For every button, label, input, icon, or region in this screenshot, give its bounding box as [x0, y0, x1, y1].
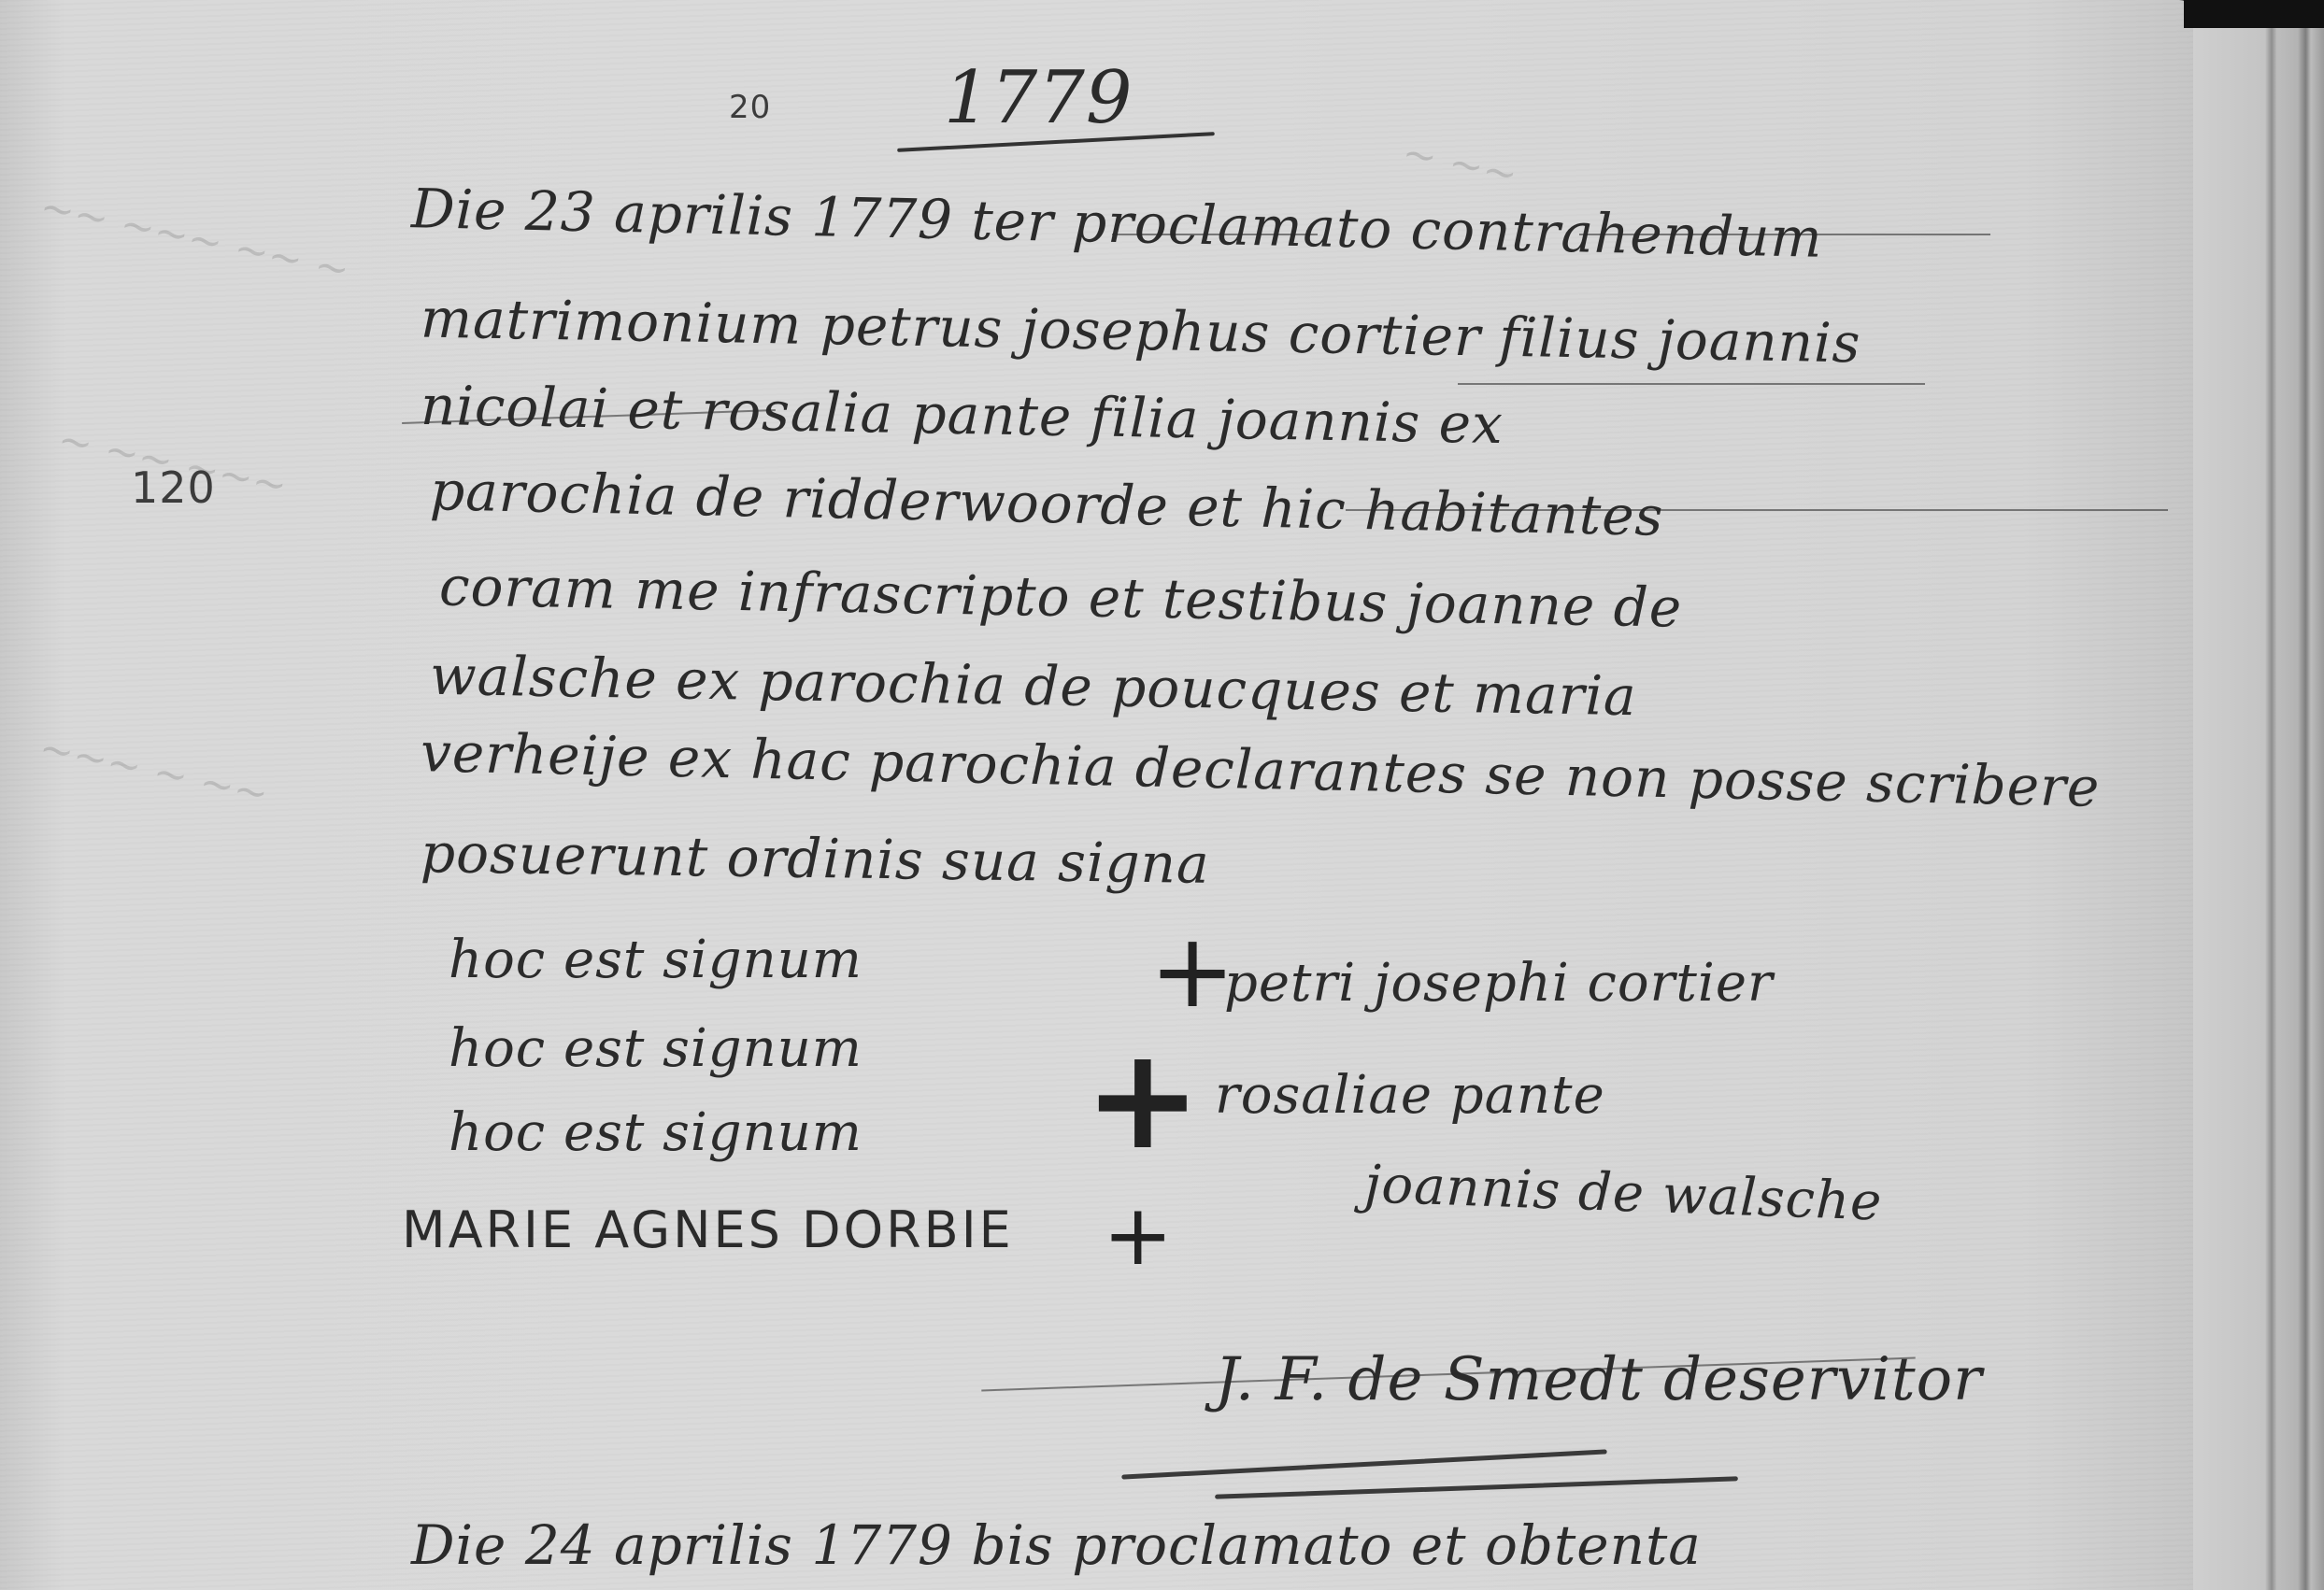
entry-line-5: coram me infrascripto et testibus joanne… — [439, 554, 1683, 639]
pen-stroke — [1346, 509, 2168, 511]
bleed-through-text: ~~~ ~ ~~ — [35, 724, 272, 819]
entry-line-3: nicolai et rosalia pante filia joannis e… — [420, 374, 1504, 456]
folio-number: 20 — [729, 89, 771, 126]
signature-name-3: joannis de walsche — [1363, 1154, 1883, 1232]
page-stack-edge — [2193, 28, 2324, 1590]
entry-line-6: walsche ex parochia de poucques et maria — [430, 644, 1638, 729]
signature-flourish — [1121, 1449, 1607, 1479]
pen-stroke — [1579, 234, 1990, 235]
signature-label-1: hoc est signum — [449, 930, 863, 990]
book-cover-edge — [2184, 0, 2324, 28]
officiant-signature: J. F. de Smedt deservitor — [1215, 1345, 1983, 1414]
next-entry-line: Die 24 aprilis 1779 bis proclamato et ob… — [411, 1513, 1702, 1577]
cross-mark-icon: + — [1103, 1186, 1173, 1285]
signature-name-2: rosaliae pante — [1215, 1065, 1605, 1126]
cross-mark-icon: + — [1084, 1018, 1202, 1181]
entry-line-2: matrimonium petrus josephus cortier fili… — [421, 287, 1861, 376]
scanned-register: ~~ ~~~ ~~ ~ ~ ~~ ~~~ ~~~ ~ ~~ ~ ~~ 20 17… — [0, 0, 2324, 1590]
margin-number: 120 — [131, 462, 216, 513]
signature-name-1: petri josephi cortier — [1224, 953, 1774, 1014]
entry-line-1: Die 23 aprilis 1779 ter proclamato contr… — [410, 177, 1823, 270]
block-signature: MARIE AGNES DORBIE — [402, 1200, 1014, 1259]
cross-mark-icon: + — [1149, 911, 1235, 1030]
bleed-through-text: ~~ ~~~ ~~ ~ — [36, 183, 353, 295]
pen-stroke — [1112, 234, 1318, 235]
year-heading: 1779 — [944, 56, 1133, 140]
signature-flourish — [1215, 1476, 1738, 1499]
entry-line-7: verheije ex hac parochia declarantes se … — [420, 720, 2100, 819]
signature-label-3: hoc est signum — [449, 1102, 863, 1163]
entry-line-4: parochia de ridderwoorde et hic habitant… — [429, 459, 1664, 548]
pen-stroke — [1458, 383, 1925, 385]
register-page: ~~ ~~~ ~~ ~ ~ ~~ ~~~ ~~~ ~ ~~ ~ ~~ 20 17… — [0, 0, 2196, 1590]
bleed-through-text: ~ ~~ — [1398, 129, 1521, 200]
entry-line-8: posuerunt ordinis sua signa — [421, 821, 1210, 896]
signature-label-2: hoc est signum — [449, 1018, 863, 1079]
